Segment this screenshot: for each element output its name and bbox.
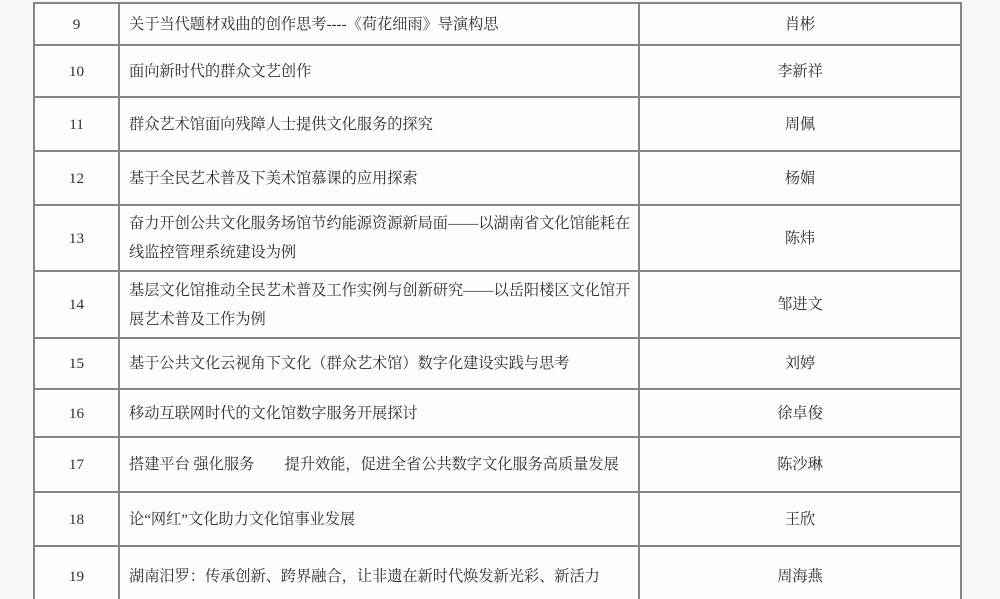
author-cell: 陈沙琳	[640, 438, 960, 491]
paper-title: 奋力开创公共文化服务场馆节约能源资源新局面——以湖南省文化馆能耗在线监控管理系统…	[129, 209, 635, 267]
table-row: 12 基于全民艺术普及下美术馆慕课的应用探索 杨媚	[35, 152, 960, 206]
author-cell: 杨媚	[640, 152, 960, 204]
author-name: 肖彬	[785, 10, 815, 39]
row-number: 19	[69, 562, 84, 591]
table-row: 16 移动互联网时代的文化馆数字服务开展探讨 徐卓俊	[35, 390, 960, 438]
table-row: 13 奋力开创公共文化服务场馆节约能源资源新局面——以湖南省文化馆能耗在线监控管…	[35, 206, 960, 272]
row-number: 18	[69, 505, 84, 534]
papers-table: 9 关于当代题材戏曲的创作思考----《荷花细雨》导演构思 肖彬 10 面向新时…	[33, 2, 962, 599]
document-page: { "colors": { "border": "#858585", "text…	[0, 0, 1000, 599]
row-number: 9	[73, 10, 81, 39]
paper-title-cell: 湖南汨罗：传承创新、跨界融合，让非遗在新时代焕发新光彩、新活力	[120, 547, 640, 599]
table-row: 9 关于当代题材戏曲的创作思考----《荷花细雨》导演构思 肖彬	[35, 4, 960, 46]
row-number: 14	[69, 290, 84, 319]
paper-title-cell: 面向新时代的群众文艺创作	[120, 46, 640, 96]
author-cell: 刘婷	[640, 339, 960, 388]
row-number-cell: 9	[35, 4, 120, 44]
row-number-cell: 14	[35, 272, 120, 337]
paper-title: 湖南汨罗：传承创新、跨界融合，让非遗在新时代焕发新光彩、新活力	[129, 562, 600, 591]
paper-title: 搭建平台 强化服务 提升效能，促进全省公共数字文化服务高质量发展	[129, 450, 619, 479]
row-number: 13	[69, 224, 84, 253]
row-number: 15	[69, 349, 84, 378]
author-cell: 邹进文	[640, 272, 960, 337]
paper-title-cell: 基于全民艺术普及下美术馆慕课的应用探索	[120, 152, 640, 204]
row-number: 17	[69, 450, 84, 479]
table-row: 18 论“网红”文化助力文化馆事业发展 王欣	[35, 493, 960, 547]
row-number: 16	[69, 399, 84, 428]
table-row: 19 湖南汨罗：传承创新、跨界融合，让非遗在新时代焕发新光彩、新活力 周海燕	[35, 547, 960, 599]
paper-title: 论“网红”文化助力文化馆事业发展	[129, 505, 355, 534]
row-number-cell: 12	[35, 152, 120, 204]
author-name: 周佩	[785, 110, 815, 139]
paper-title-cell: 论“网红”文化助力文化馆事业发展	[120, 493, 640, 545]
author-name: 李新祥	[777, 57, 823, 86]
author-cell: 周佩	[640, 98, 960, 150]
author-cell: 徐卓俊	[640, 390, 960, 436]
author-name: 邹进文	[777, 290, 823, 319]
author-name: 周海燕	[777, 562, 823, 591]
paper-title-cell: 奋力开创公共文化服务场馆节约能源资源新局面——以湖南省文化馆能耗在线监控管理系统…	[120, 206, 640, 270]
row-number: 12	[69, 164, 84, 193]
paper-title-cell: 移动互联网时代的文化馆数字服务开展探讨	[120, 390, 640, 436]
paper-title-cell: 群众艺术馆面向残障人士提供文化服务的探究	[120, 98, 640, 150]
author-cell: 王欣	[640, 493, 960, 545]
table-row: 17 搭建平台 强化服务 提升效能，促进全省公共数字文化服务高质量发展 陈沙琳	[35, 438, 960, 493]
row-number-cell: 13	[35, 206, 120, 270]
table-row: 14 基层文化馆推动全民艺术普及工作实例与创新研究——以岳阳楼区文化馆开展艺术普…	[35, 272, 960, 339]
table-row: 11 群众艺术馆面向残障人士提供文化服务的探究 周佩	[35, 98, 960, 152]
row-number-cell: 11	[35, 98, 120, 150]
paper-title: 移动互联网时代的文化馆数字服务开展探讨	[129, 399, 418, 428]
paper-title: 基层文化馆推动全民艺术普及工作实例与创新研究——以岳阳楼区文化馆开展艺术普及工作…	[129, 276, 635, 334]
row-number: 11	[69, 110, 84, 139]
row-number-cell: 17	[35, 438, 120, 491]
paper-title: 基于全民艺术普及下美术馆慕课的应用探索	[129, 164, 418, 193]
paper-title: 面向新时代的群众文艺创作	[129, 57, 311, 86]
table-row: 15 基于公共文化云视角下文化（群众艺术馆）数字化建设实践与思考 刘婷	[35, 339, 960, 390]
paper-title: 群众艺术馆面向残障人士提供文化服务的探究	[129, 110, 433, 139]
author-cell: 周海燕	[640, 547, 960, 599]
author-name: 陈炜	[785, 224, 815, 253]
author-name: 徐卓俊	[777, 399, 823, 428]
paper-title: 关于当代题材戏曲的创作思考----《荷花细雨》导演构思	[129, 10, 499, 39]
paper-title: 基于公共文化云视角下文化（群众艺术馆）数字化建设实践与思考	[129, 349, 569, 378]
row-number-cell: 19	[35, 547, 120, 599]
author-cell: 肖彬	[640, 4, 960, 44]
author-cell: 李新祥	[640, 46, 960, 96]
row-number-cell: 16	[35, 390, 120, 436]
row-number-cell: 15	[35, 339, 120, 388]
row-number-cell: 18	[35, 493, 120, 545]
paper-title-cell: 搭建平台 强化服务 提升效能，促进全省公共数字文化服务高质量发展	[120, 438, 640, 491]
row-number-cell: 10	[35, 46, 120, 96]
paper-title-cell: 基于公共文化云视角下文化（群众艺术馆）数字化建设实践与思考	[120, 339, 640, 388]
row-number: 10	[69, 57, 84, 86]
paper-title-cell: 基层文化馆推动全民艺术普及工作实例与创新研究——以岳阳楼区文化馆开展艺术普及工作…	[120, 272, 640, 337]
paper-title-cell: 关于当代题材戏曲的创作思考----《荷花细雨》导演构思	[120, 4, 640, 44]
author-name: 陈沙琳	[777, 450, 823, 479]
author-name: 王欣	[785, 505, 815, 534]
table-row: 10 面向新时代的群众文艺创作 李新祥	[35, 46, 960, 98]
author-name: 刘婷	[785, 349, 815, 378]
author-cell: 陈炜	[640, 206, 960, 270]
author-name: 杨媚	[785, 164, 815, 193]
